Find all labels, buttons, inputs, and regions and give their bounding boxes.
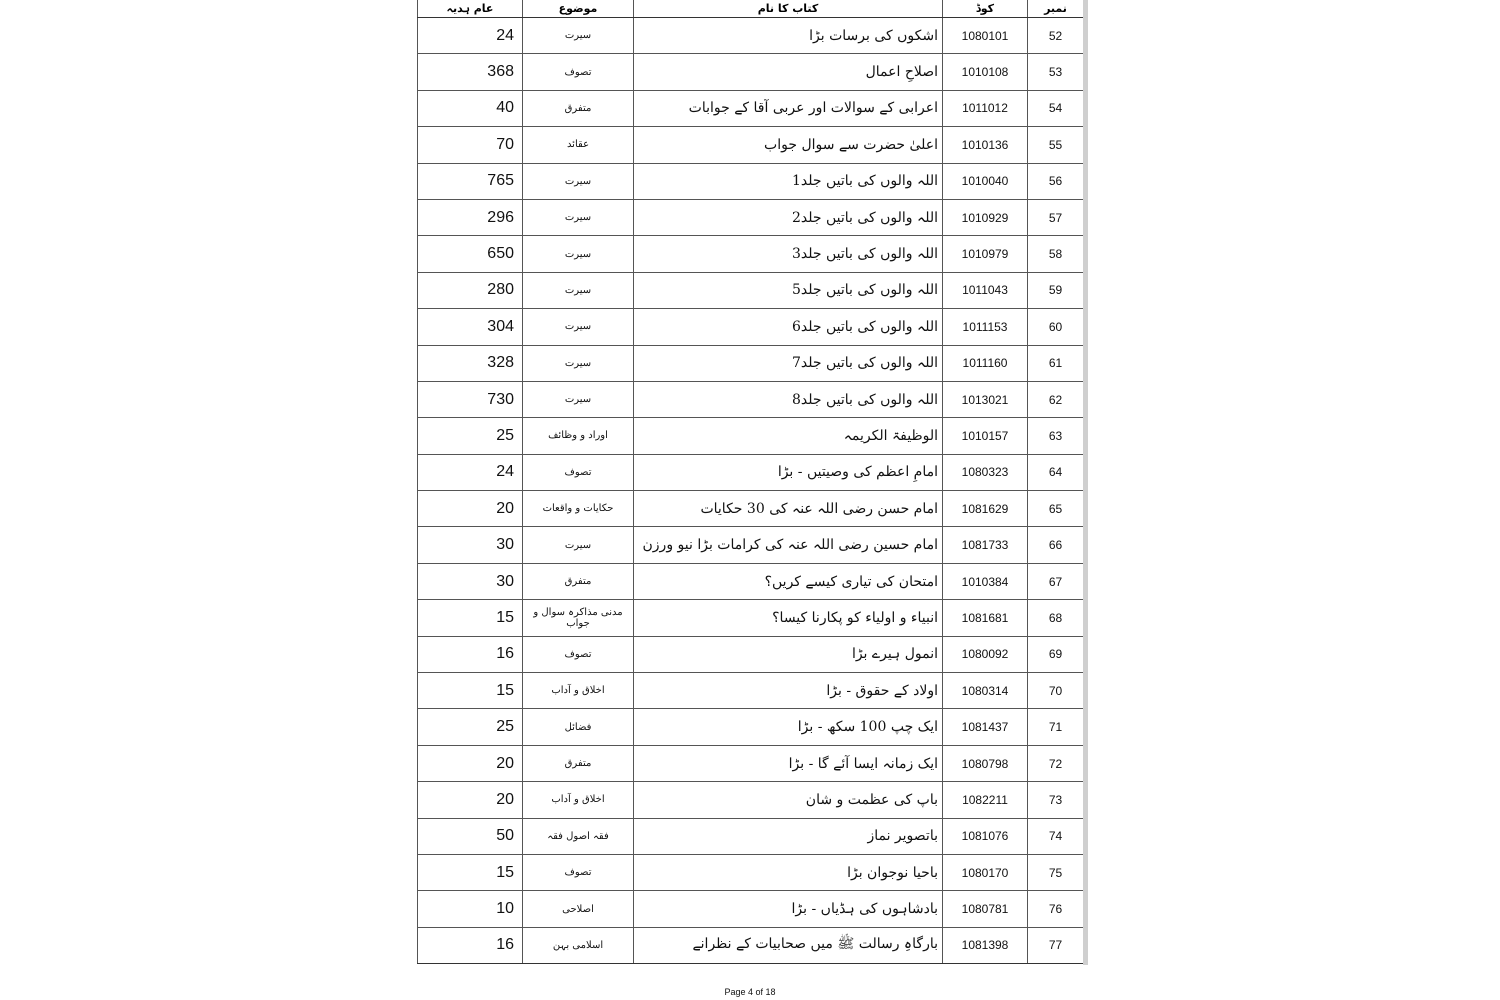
cell-subject: حکایات و واقعات	[523, 491, 634, 527]
cell-price: 730	[418, 381, 523, 417]
cell-price: 328	[418, 345, 523, 381]
cell-code: 1080092	[943, 636, 1028, 672]
cell-price: 304	[418, 309, 523, 345]
cell-number: 64	[1028, 454, 1084, 490]
cell-price: 16	[418, 927, 523, 963]
table-header-row: عام ہدیہ موضوع کتاب کا نام کوڈ نمبر	[418, 0, 1084, 18]
cell-price: 20	[418, 745, 523, 781]
cell-number: 73	[1028, 782, 1084, 818]
cell-subject: اخلاق و آداب	[523, 782, 634, 818]
cell-subject: سیرت	[523, 527, 634, 563]
cell-code: 1011153	[943, 309, 1028, 345]
cell-number: 52	[1028, 18, 1084, 54]
header-subject: موضوع	[523, 0, 634, 18]
cell-code: 1010979	[943, 236, 1028, 272]
table-row: 650سیرتاللہ والوں کی باتیں جلد3101097958	[418, 236, 1084, 272]
cell-price: 296	[418, 199, 523, 235]
cell-book-title: بارگاہِ رسالت ﷺ میں صحابیات کے نظرانے	[634, 927, 943, 963]
cell-book-title: امام حسن رضی اللہ عنہ کی 30 حکایات	[634, 491, 943, 527]
cell-number: 72	[1028, 745, 1084, 781]
table-row: 50فقہ اصول فقہباتصویر نماز108107674	[418, 818, 1084, 854]
table-row: 20متفرقایک زمانہ ایسا آئے گا - بڑا108079…	[418, 745, 1084, 781]
cell-code: 1080781	[943, 891, 1028, 927]
table-row: 304سیرتاللہ والوں کی باتیں جلد6101115360	[418, 309, 1084, 345]
cell-number: 63	[1028, 418, 1084, 454]
cell-subject: تصوف	[523, 636, 634, 672]
cell-price: 20	[418, 491, 523, 527]
cell-subject: سیرت	[523, 345, 634, 381]
table-row: 10اصلاحیبادشاہوں کی ہڈیاں - بڑا108078176	[418, 891, 1084, 927]
table-row: 24سیرتاشکوں کی برسات بڑا108010152	[418, 18, 1084, 54]
table-row: 16اسلامی بہنبارگاہِ رسالت ﷺ میں صحابیات …	[418, 927, 1084, 963]
cell-subject: سیرت	[523, 272, 634, 308]
cell-subject: اخلاق و آداب	[523, 673, 634, 709]
cell-code: 1081681	[943, 600, 1028, 636]
cell-book-title: اعرابی کے سوالات اور عربی آقا کے جوابات	[634, 90, 943, 126]
table-row: 70عقائداعلیٰ حضرت سے سوال جواب101013655	[418, 127, 1084, 163]
cell-book-title: اللہ والوں کی باتیں جلد3	[634, 236, 943, 272]
cell-book-title: اللہ والوں کی باتیں جلد8	[634, 381, 943, 417]
table-row: 25اوراد و وظائفالوظیفۃ الکریمہ101015763	[418, 418, 1084, 454]
table-row: 15تصوفباحیا نوجوان بڑا108017075	[418, 854, 1084, 890]
cell-number: 62	[1028, 381, 1084, 417]
cell-code: 1010384	[943, 563, 1028, 599]
cell-number: 61	[1028, 345, 1084, 381]
cell-subject: سیرت	[523, 236, 634, 272]
cell-book-title: اللہ والوں کی باتیں جلد5	[634, 272, 943, 308]
cell-number: 75	[1028, 854, 1084, 890]
table-row: 15مدنی مذاکرہ سوال و جوابانبیاء و اولیاء…	[418, 600, 1084, 636]
cell-subject: سیرت	[523, 381, 634, 417]
cell-code: 1081733	[943, 527, 1028, 563]
cell-book-title: اللہ والوں کی باتیں جلد6	[634, 309, 943, 345]
cell-number: 71	[1028, 709, 1084, 745]
page-number-footer: Page 4 of 18	[0, 987, 1500, 997]
cell-book-title: اللہ والوں کی باتیں جلد2	[634, 199, 943, 235]
cell-number: 76	[1028, 891, 1084, 927]
table-row: 40متفرقاعرابی کے سوالات اور عربی آقا کے …	[418, 90, 1084, 126]
table-row: 25فضائلایک چپ 100 سکھ - بڑا108143771	[418, 709, 1084, 745]
cell-book-title: اشکوں کی برسات بڑا	[634, 18, 943, 54]
cell-number: 66	[1028, 527, 1084, 563]
cell-price: 15	[418, 673, 523, 709]
table-row: 730سیرتاللہ والوں کی باتیں جلد8101302162	[418, 381, 1084, 417]
cell-price: 765	[418, 163, 523, 199]
cell-subject: اسلامی بہن	[523, 927, 634, 963]
cell-code: 1081398	[943, 927, 1028, 963]
page-edge-shadow	[1083, 0, 1088, 965]
cell-book-title: امتحان کی تیاری کیسے کریں؟	[634, 563, 943, 599]
cell-subject: اوراد و وظائف	[523, 418, 634, 454]
cell-price: 15	[418, 600, 523, 636]
cell-code: 1010040	[943, 163, 1028, 199]
cell-code: 1080798	[943, 745, 1028, 781]
cell-number: 56	[1028, 163, 1084, 199]
cell-number: 70	[1028, 673, 1084, 709]
cell-price: 20	[418, 782, 523, 818]
cell-subject: متفرق	[523, 563, 634, 599]
cell-book-title: اولاد کے حقوق - بڑا	[634, 673, 943, 709]
cell-number: 77	[1028, 927, 1084, 963]
table-row: 15اخلاق و آداباولاد کے حقوق - بڑا1080314…	[418, 673, 1084, 709]
table-row: 30سیرتامام حسین رضی اللہ عنہ کی کرامات ب…	[418, 527, 1084, 563]
table-row: 24تصوفامامِ اعظم کی وصیتیں - بڑا10803236…	[418, 454, 1084, 490]
book-catalog-table: عام ہدیہ موضوع کتاب کا نام کوڈ نمبر 24سی…	[417, 0, 1084, 964]
cell-price: 25	[418, 709, 523, 745]
cell-price: 24	[418, 18, 523, 54]
table-row: 20اخلاق و آدابباپ کی عظمت و شان108221173	[418, 782, 1084, 818]
cell-subject: فقہ اصول فقہ	[523, 818, 634, 854]
table-row: 368تصوفاصلاحِ اعمال101010853	[418, 54, 1084, 90]
table-row: 328سیرتاللہ والوں کی باتیں جلد7101116061	[418, 345, 1084, 381]
cell-subject: متفرق	[523, 90, 634, 126]
cell-number: 55	[1028, 127, 1084, 163]
table-row: 20حکایات و واقعاتامام حسن رضی اللہ عنہ ک…	[418, 491, 1084, 527]
cell-number: 68	[1028, 600, 1084, 636]
cell-number: 65	[1028, 491, 1084, 527]
header-title: کتاب کا نام	[634, 0, 943, 18]
cell-subject: مدنی مذاکرہ سوال و جواب	[523, 600, 634, 636]
cell-code: 1080323	[943, 454, 1028, 490]
table-row: 16تصوفانمول ہیرے بڑا108009269	[418, 636, 1084, 672]
cell-code: 1081076	[943, 818, 1028, 854]
cell-number: 60	[1028, 309, 1084, 345]
cell-book-title: باتصویر نماز	[634, 818, 943, 854]
table-row: 30متفرقامتحان کی تیاری کیسے کریں؟1010384…	[418, 563, 1084, 599]
cell-code: 1080170	[943, 854, 1028, 890]
header-price: عام ہدیہ	[418, 0, 523, 18]
cell-book-title: الوظیفۃ الکریمہ	[634, 418, 943, 454]
cell-price: 70	[418, 127, 523, 163]
cell-book-title: انمول ہیرے بڑا	[634, 636, 943, 672]
cell-subject: اصلاحی	[523, 891, 634, 927]
cell-book-title: بادشاہوں کی ہڈیاں - بڑا	[634, 891, 943, 927]
cell-price: 24	[418, 454, 523, 490]
table-row: 280سیرتاللہ والوں کی باتیں جلد5101104359	[418, 272, 1084, 308]
cell-price: 368	[418, 54, 523, 90]
cell-book-title: اعلیٰ حضرت سے سوال جواب	[634, 127, 943, 163]
cell-price: 650	[418, 236, 523, 272]
cell-code: 1010136	[943, 127, 1028, 163]
cell-number: 58	[1028, 236, 1084, 272]
cell-price: 30	[418, 527, 523, 563]
cell-book-title: اللہ والوں کی باتیں جلد7	[634, 345, 943, 381]
table-row: 296سیرتاللہ والوں کی باتیں جلد2101092957	[418, 199, 1084, 235]
cell-code: 1013021	[943, 381, 1028, 417]
cell-subject: سیرت	[523, 199, 634, 235]
cell-code: 1080314	[943, 673, 1028, 709]
cell-code: 1011160	[943, 345, 1028, 381]
cell-subject: سیرت	[523, 163, 634, 199]
table-row: 765سیرتاللہ والوں کی باتیں جلد1101004056	[418, 163, 1084, 199]
cell-number: 53	[1028, 54, 1084, 90]
cell-book-title: اصلاحِ اعمال	[634, 54, 943, 90]
cell-number: 69	[1028, 636, 1084, 672]
cell-subject: سیرت	[523, 18, 634, 54]
cell-book-title: امامِ اعظم کی وصیتیں - بڑا	[634, 454, 943, 490]
cell-price: 30	[418, 563, 523, 599]
cell-price: 50	[418, 818, 523, 854]
cell-number: 59	[1028, 272, 1084, 308]
cell-code: 1010108	[943, 54, 1028, 90]
cell-book-title: ایک زمانہ ایسا آئے گا - بڑا	[634, 745, 943, 781]
cell-number: 67	[1028, 563, 1084, 599]
cell-code: 1082211	[943, 782, 1028, 818]
cell-price: 40	[418, 90, 523, 126]
cell-subject: سیرت	[523, 309, 634, 345]
header-number: نمبر	[1028, 0, 1084, 18]
cell-subject: متفرق	[523, 745, 634, 781]
cell-book-title: امام حسین رضی اللہ عنہ کی کرامات بڑا نیو…	[634, 527, 943, 563]
cell-book-title: ایک چپ 100 سکھ - بڑا	[634, 709, 943, 745]
cell-book-title: باحیا نوجوان بڑا	[634, 854, 943, 890]
cell-subject: عقائد	[523, 127, 634, 163]
cell-book-title: اللہ والوں کی باتیں جلد1	[634, 163, 943, 199]
cell-price: 15	[418, 854, 523, 890]
cell-code: 1081437	[943, 709, 1028, 745]
cell-code: 1080101	[943, 18, 1028, 54]
cell-price: 16	[418, 636, 523, 672]
cell-subject: تصوف	[523, 854, 634, 890]
cell-price: 10	[418, 891, 523, 927]
cell-book-title: انبیاء و اولیاء کو پکارنا کیسا؟	[634, 600, 943, 636]
cell-code: 1011043	[943, 272, 1028, 308]
cell-number: 74	[1028, 818, 1084, 854]
cell-subject: تصوف	[523, 454, 634, 490]
cell-code: 1010157	[943, 418, 1028, 454]
cell-book-title: باپ کی عظمت و شان	[634, 782, 943, 818]
cell-price: 25	[418, 418, 523, 454]
cell-subject: تصوف	[523, 54, 634, 90]
cell-subject: فضائل	[523, 709, 634, 745]
cell-code: 1010929	[943, 199, 1028, 235]
cell-number: 54	[1028, 90, 1084, 126]
cell-code: 1011012	[943, 90, 1028, 126]
cell-code: 1081629	[943, 491, 1028, 527]
cell-price: 280	[418, 272, 523, 308]
header-code: کوڈ	[943, 0, 1028, 18]
cell-number: 57	[1028, 199, 1084, 235]
